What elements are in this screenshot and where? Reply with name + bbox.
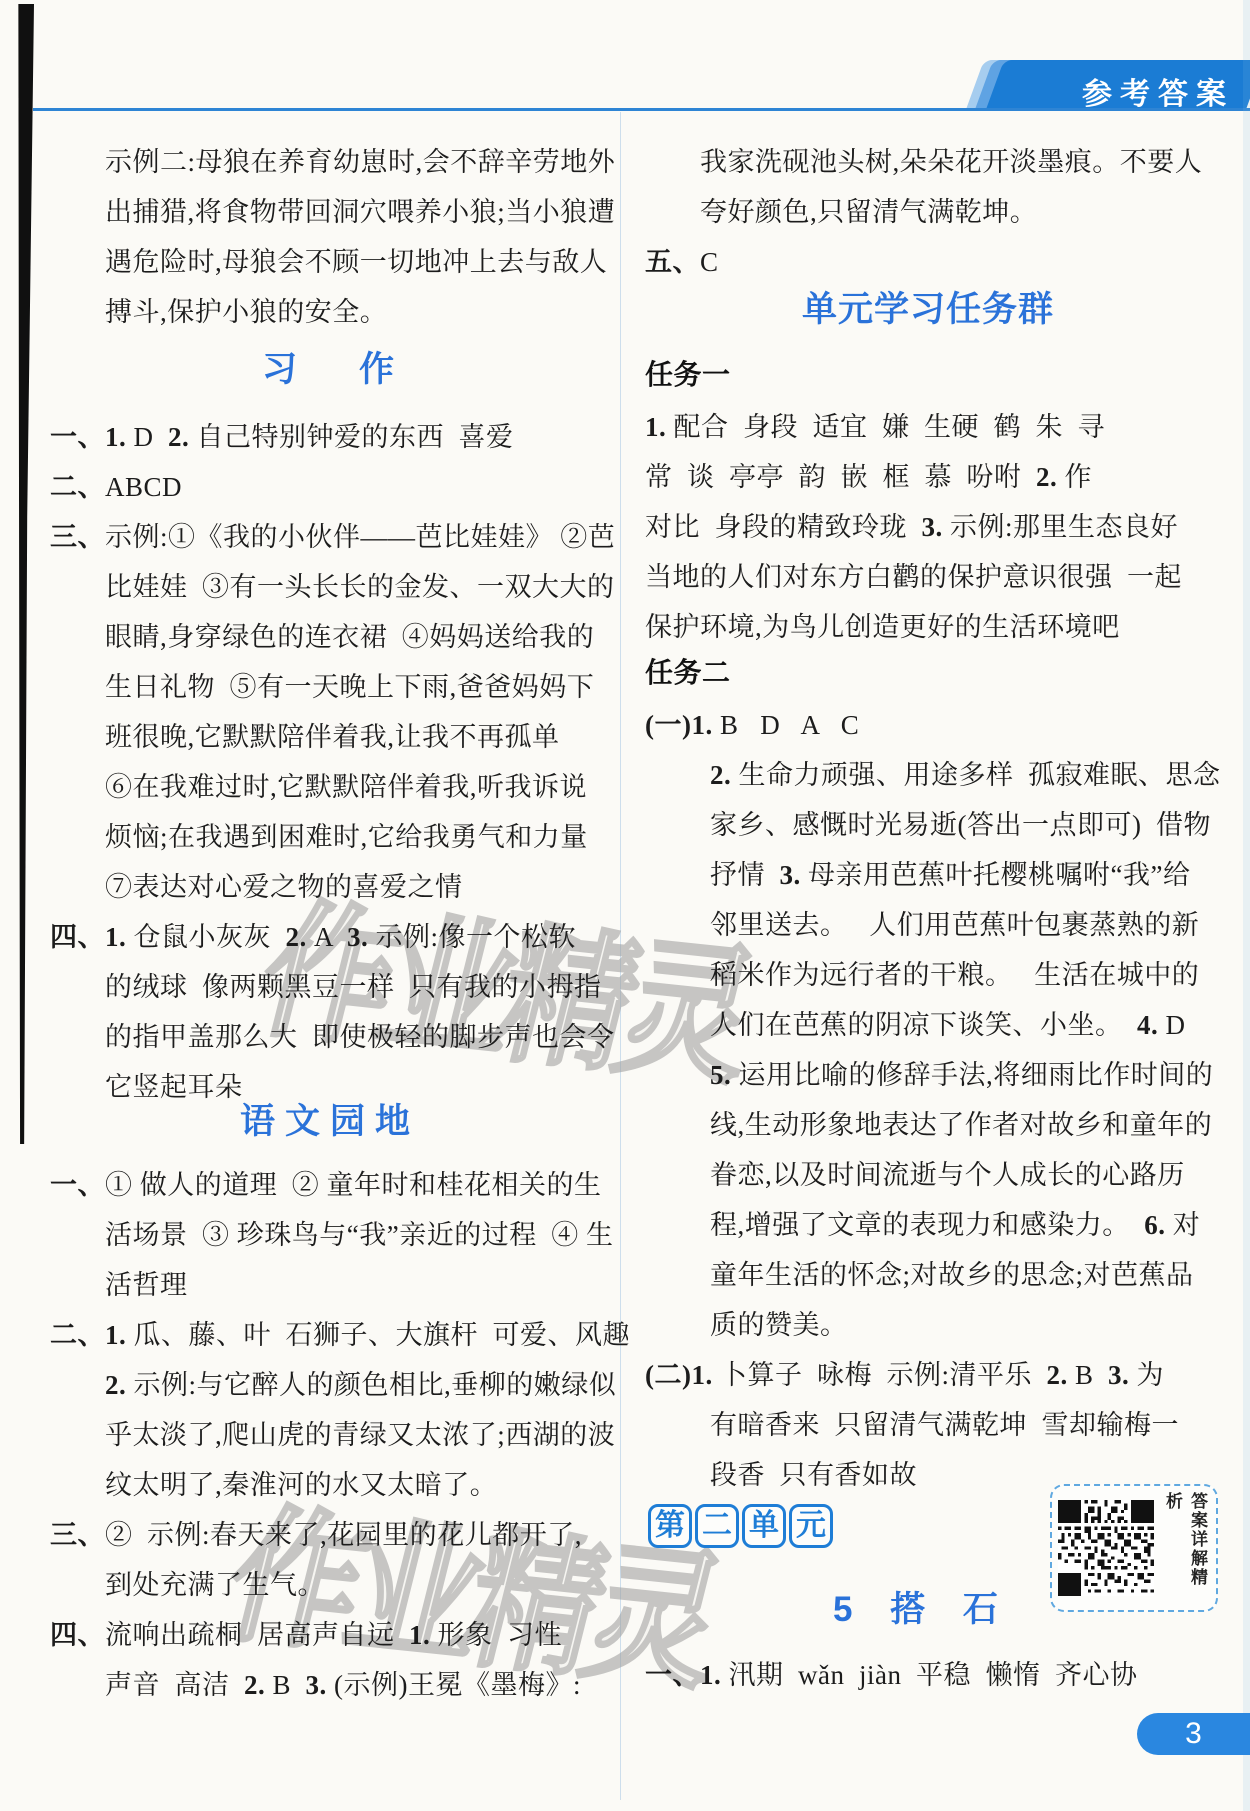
- qr-caption: 答案详解精析: [1160, 1492, 1210, 1604]
- answer-text-line: 段香 只有香如故: [710, 1458, 917, 1492]
- answer-text-line: 三、② 示例:春天来了,花园里的花儿都开了,: [50, 1518, 582, 1552]
- answer-text-line: ⑦表达对心爱之物的喜爱之情: [105, 870, 463, 904]
- answer-text-line: 线,生动形象地表达了作者对故乡和童年的: [710, 1108, 1212, 1142]
- answer-text-line: 出捕猎,将食物带回洞穴喂养小狼;当小狼遭: [105, 195, 615, 229]
- unit-badge-char: 二: [695, 1504, 739, 1548]
- task-subheading: 任务二: [645, 656, 731, 690]
- header-rule: [33, 108, 1250, 111]
- answer-text-line: 1. 配合 身段 适宜 嫌 生硬 鹤 朱 寻: [645, 410, 1105, 444]
- answer-text-line: 有暗香来 只留清气满乾坤 雪却输梅一: [710, 1408, 1179, 1442]
- answer-text-line: 抒情 3. 母亲用芭蕉叶托樱桃嘱咐“我”给: [710, 858, 1190, 892]
- answer-text-line: 四、1. 仓鼠小灰灰 2. A 3. 示例:像一个松软: [50, 920, 576, 954]
- section-heading: 单元学习任务群: [802, 290, 1054, 330]
- answer-text-line: 活哲理: [105, 1268, 188, 1302]
- answer-text-line: 搏斗,保护小狼的安全。: [105, 295, 387, 329]
- answer-text-line: 纹太明了,秦淮河的水又太暗了。: [105, 1468, 497, 1502]
- qr-code: [1058, 1496, 1154, 1600]
- unit-badge: 第二单元: [648, 1504, 833, 1548]
- qr-panel: 答案详解精析: [1050, 1484, 1218, 1612]
- section-heading: 习作: [262, 350, 456, 390]
- answer-text-line: 童年生活的怀念;对故乡的思念;对芭蕉品: [710, 1258, 1194, 1292]
- answer-text-line: 一、① 做人的道理 ② 童年时和桂花相关的生: [50, 1168, 602, 1202]
- answer-text-line: 眼睛,身穿绿色的连衣裙 ④妈妈送给我的: [105, 620, 594, 654]
- answer-text-line: 二、1. 瓜、藤、叶 石狮子、大旗杆 可爱、风趣: [50, 1318, 630, 1352]
- section-heading: 语文园地: [240, 1102, 420, 1142]
- answer-text-line: 人们在芭蕉的阴凉下谈笑、小坐。 4. D: [710, 1008, 1186, 1042]
- unit-badge-char: 单: [742, 1504, 786, 1548]
- answer-key-page: 参考答案 作业精灵 作业精灵 示例二:母狼在养育幼崽时,会不辞辛劳地外出捕猎,将…: [0, 0, 1250, 1811]
- answer-text-line: 比娃娃 ③有一头长长的金发、一双大大的: [105, 570, 615, 604]
- answer-text-line: 程,增强了文章的表现力和感染力。 6. 对: [710, 1208, 1200, 1242]
- answer-text-line: 三、示例:①《我的小伙伴——芭比娃娃》 ②芭: [50, 520, 615, 554]
- answer-text-line: 生日礼物 ⑤有一天晚上下雨,爸爸妈妈下: [105, 670, 594, 704]
- answer-text-line: 一、1. D 2. 自己特别钟爱的东西 喜爱: [50, 420, 514, 454]
- page-edge-tint: [1243, 0, 1250, 1811]
- task-subheading: 任务一: [645, 358, 731, 392]
- answer-text-line: 常 谈 亭亭 韵 嵌 框 慕 吩咐 2. 作: [645, 460, 1092, 494]
- answer-text-line: 家乡、感慨时光易逝(答出一点即可) 借物: [710, 808, 1211, 842]
- answer-text-line: (二)1. 卜算子 咏梅 示例:清平乐 2. B 3. 为: [645, 1358, 1164, 1392]
- answer-text-line: 保护环境,为鸟儿创造更好的生活环境吧: [645, 610, 1120, 644]
- answer-text-line: 烦恼;在我遇到困难时,它给我勇气和力量: [105, 820, 588, 854]
- answer-text-line: 班很晚,它默默陪伴着我,让我不再孤单: [105, 720, 560, 754]
- answer-text-line: 的指甲盖那么大 即使极轻的脚步声也会令: [105, 1020, 615, 1054]
- unit-badge-char: 元: [789, 1504, 833, 1548]
- answer-text-line: 五、C: [645, 245, 719, 279]
- answer-text-line: 夸好颜色,只留清气满乾坤。: [700, 195, 1037, 229]
- answer-text-line: 2. 生命力顽强、用途多样 孤寂难眠、思念: [710, 758, 1221, 792]
- answer-text-line: 二、ABCD: [50, 470, 182, 504]
- answer-text-line: 四、流响出疏桐 居高声自远 1. 形象 习性: [50, 1618, 562, 1652]
- answer-text-line: 到处充满了生气。: [105, 1568, 325, 1602]
- answer-text-line: 稻米作为远行者的干粮。 生活在城中的: [710, 958, 1199, 992]
- answer-text-line: 乎太淡了,爬山虎的青绿又太浓了;西湖的波: [105, 1418, 615, 1452]
- answer-text-line: 邻里送去。 人们用芭蕉叶包裹蒸熟的新: [710, 908, 1199, 942]
- answer-text-line: 它竖起耳朵: [105, 1070, 243, 1104]
- answer-text-line: 声音 高洁 2. B 3. (示例)王冕《墨梅》:: [105, 1668, 581, 1702]
- answer-text-line: 2. 示例:与它醉人的颜色相比,垂柳的嫩绿似: [105, 1368, 616, 1402]
- page-title: 参考答案: [1082, 69, 1242, 113]
- answer-text-line: 对比 身段的精致玲珑 3. 示例:那里生态良好: [645, 510, 1178, 544]
- section-heading: 5 搭 石: [833, 1590, 1012, 1630]
- answer-text-line: 遇危险时,母狼会不顾一切地冲上去与敌人: [105, 245, 607, 279]
- answer-text-line: ⑥在我难过时,它默默陪伴着我,听我诉说: [105, 770, 587, 804]
- unit-badge-char: 第: [648, 1504, 692, 1548]
- answer-text-line: 质的赞美。: [710, 1308, 848, 1342]
- answer-text-line: 我家洗砚池头树,朵朵花开淡墨痕。不要人: [700, 145, 1202, 179]
- scan-artifact-bar: [17, 4, 34, 1144]
- answer-text-line: (一)1. B D A C: [645, 708, 859, 742]
- answer-text-line: 示例二:母狼在养育幼崽时,会不辞辛劳地外: [105, 145, 615, 179]
- page-number: 3: [1185, 1717, 1202, 1751]
- column-divider: [620, 112, 621, 1800]
- answer-text-line: 当地的人们对东方白鹳的保护意识很强 一起: [645, 560, 1182, 594]
- answer-text-line: 活场景 ③ 珍珠鸟与“我”亲近的过程 ④ 生: [105, 1218, 613, 1252]
- answer-text-line: 的绒球 像两颗黑豆一样 只有我的小拇指: [105, 970, 602, 1004]
- answer-text-line: 一、1. 汛期 wǎn jiàn 平稳 懒惰 齐心协: [645, 1658, 1137, 1692]
- answer-text-line: 5. 运用比喻的修辞手法,将细雨比作时间的: [710, 1058, 1213, 1092]
- page-number-badge: 3: [1137, 1713, 1250, 1755]
- answer-text-line: 眷恋,以及时间流逝与个人成长的心路历: [710, 1158, 1185, 1192]
